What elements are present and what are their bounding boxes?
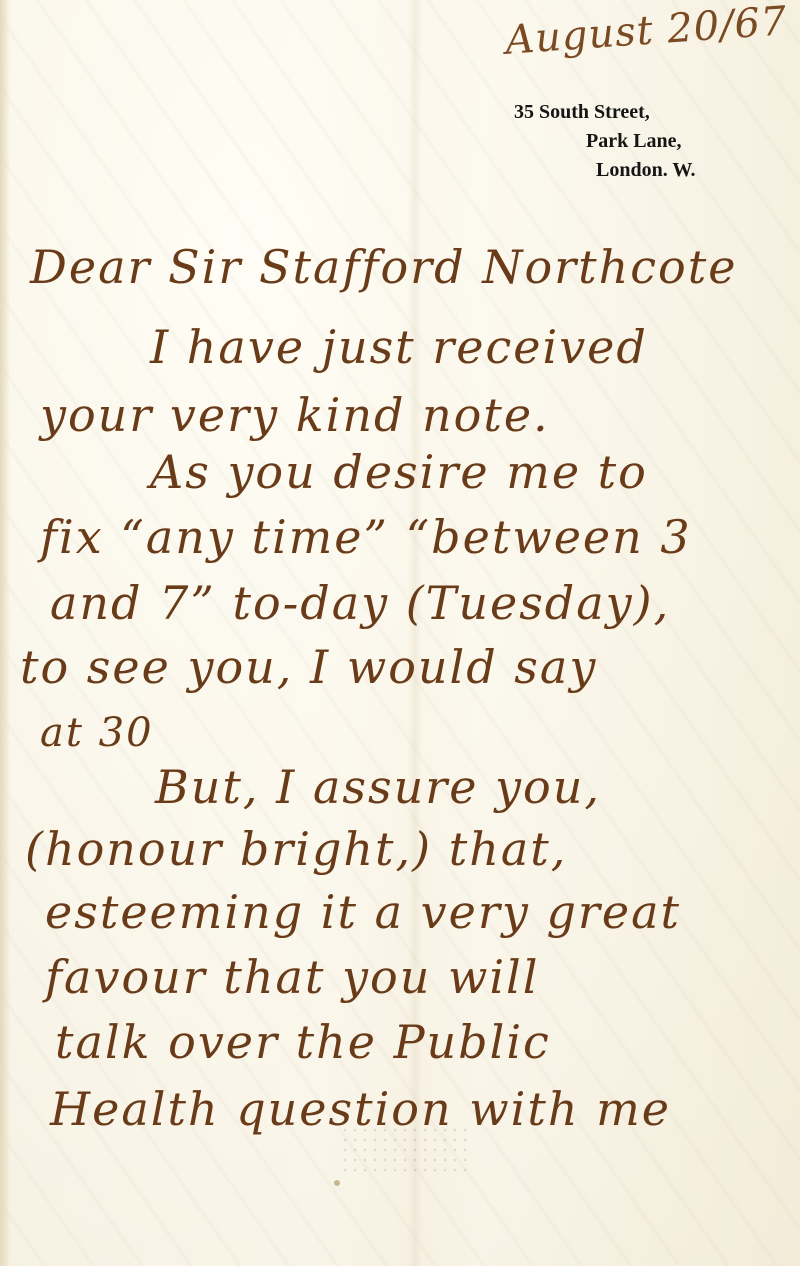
body-line: (honour bright,) that, bbox=[25, 822, 567, 876]
body-line: to see you, I would say bbox=[20, 640, 597, 694]
paper-left-edge bbox=[0, 0, 10, 1266]
show-through-marks bbox=[340, 1125, 470, 1175]
body-line: talk over the Public bbox=[55, 1015, 551, 1069]
letterhead-area: Park Lane, bbox=[514, 127, 696, 156]
letter-page: August 20/67 35 South Street, Park Lane,… bbox=[0, 0, 800, 1266]
body-line: As you desire me to bbox=[150, 445, 648, 499]
paper-stain bbox=[334, 1180, 340, 1186]
letterhead-city: London. W. bbox=[514, 156, 696, 185]
printed-letterhead: 35 South Street, Park Lane, London. W. bbox=[514, 98, 696, 185]
body-line: But, I assure you, bbox=[155, 760, 601, 814]
body-line: I have just received bbox=[150, 320, 648, 374]
body-line: and 7” to-day (Tuesday), bbox=[50, 576, 670, 630]
salutation: Dear Sir Stafford Northcote bbox=[30, 240, 737, 294]
letterhead-street: 35 South Street, bbox=[514, 98, 696, 127]
body-line: favour that you will bbox=[45, 950, 539, 1004]
body-line: esteeming it a very great bbox=[45, 885, 681, 939]
letter-date: August 20/67 bbox=[504, 0, 789, 64]
paper-fold bbox=[408, 0, 422, 1266]
body-line: your very kind note. bbox=[40, 388, 550, 442]
body-line: fix “any time” “between 3 bbox=[40, 510, 692, 564]
body-line: at 30 bbox=[40, 710, 154, 756]
